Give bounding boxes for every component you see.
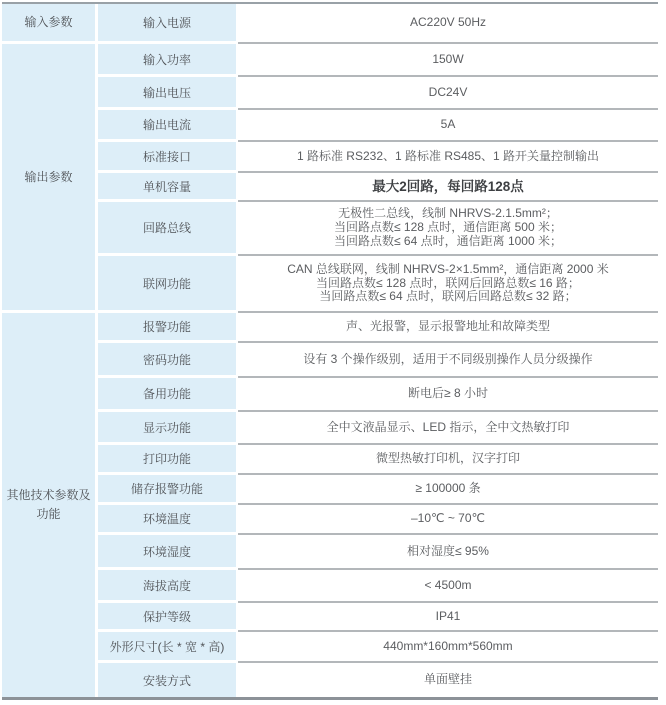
value-line: CAN 总线联网，线制 NHRVS-2×1.5mm²，通信距离 2000 米 [287,263,609,277]
category-input-params: 输入参数 [2,4,98,44]
param-value: AC220V 50Hz [238,4,658,44]
spec-table: 输入参数 输出参数 其他技术参数及功能 输入电源 AC220V 50Hz 输入功… [2,2,658,700]
param-label: 环境湿度 [98,535,238,570]
param-value: DC24V [238,77,658,110]
param-value: 全中文液晶显示、LED 指示，全中文热敏打印 [238,412,658,445]
param-label: 外形尺寸(长 * 宽 * 高) [98,632,238,663]
param-value: 声、光报警，显示报警地址和故障类型 [238,313,658,343]
param-value: IP41 [238,603,658,632]
param-label: 打印功能 [98,445,238,475]
param-value: 断电后≥ 8 小时 [238,378,658,412]
param-label: 储存报警功能 [98,475,238,505]
param-label: 标准接口 [98,142,238,173]
param-label: 密码功能 [98,343,238,378]
param-value: –10℃ ~ 70℃ [238,505,658,535]
param-label: 保护等级 [98,603,238,632]
category-other-params: 其他技术参数及功能 [2,313,98,697]
param-label: 输出电压 [98,77,238,110]
value-line: 当回路点数≤ 64 点时，通信距离 1000 米； [334,235,562,249]
param-label: 显示功能 [98,412,238,445]
param-label: 输入电源 [98,4,238,44]
param-value: 单面壁挂 [238,663,658,697]
category-output-params: 输出参数 [2,44,98,313]
param-label: 安装方式 [98,663,238,697]
param-value: 设有 3 个操作级别，适用于不同级别操作人员分级操作 [238,343,658,378]
param-value: 5A [238,110,658,142]
param-value: 440mm*160mm*560mm [238,632,658,663]
param-value: 1 路标准 RS232、1 路标准 RS485、1 路开关量控制输出 [238,142,658,173]
param-value: ≥ 100000 条 [238,475,658,505]
param-label: 单机容量 [98,173,238,202]
param-label: 回路总线 [98,202,238,256]
param-value: 相对湿度≤ 95% [238,535,658,570]
param-label: 输入功率 [98,44,238,77]
param-value-emphasis: 最大2回路，每回路128点 [238,173,658,202]
param-value: 150W [238,44,658,77]
param-label: 海拔高度 [98,570,238,603]
value-line: 当回路点数≤ 128 点时，通信距离 500 米； [334,221,562,235]
param-label: 报警功能 [98,313,238,343]
param-value: 无极性二总线，线制 NHRVS-2.1.5mm²； 当回路点数≤ 128 点时，… [238,202,658,256]
param-label: 环境温度 [98,505,238,535]
param-label: 备用功能 [98,378,238,412]
param-value: CAN 总线联网，线制 NHRVS-2×1.5mm²，通信距离 2000 米 当… [238,256,658,313]
param-label: 输出电流 [98,110,238,142]
param-value: 微型热敏打印机，汉字打印 [238,445,658,475]
value-line: 当回路点数≤ 64 点时，联网后回路总数≤ 32 路； [319,290,576,304]
param-value: < 4500m [238,570,658,603]
param-label: 联网功能 [98,256,238,313]
